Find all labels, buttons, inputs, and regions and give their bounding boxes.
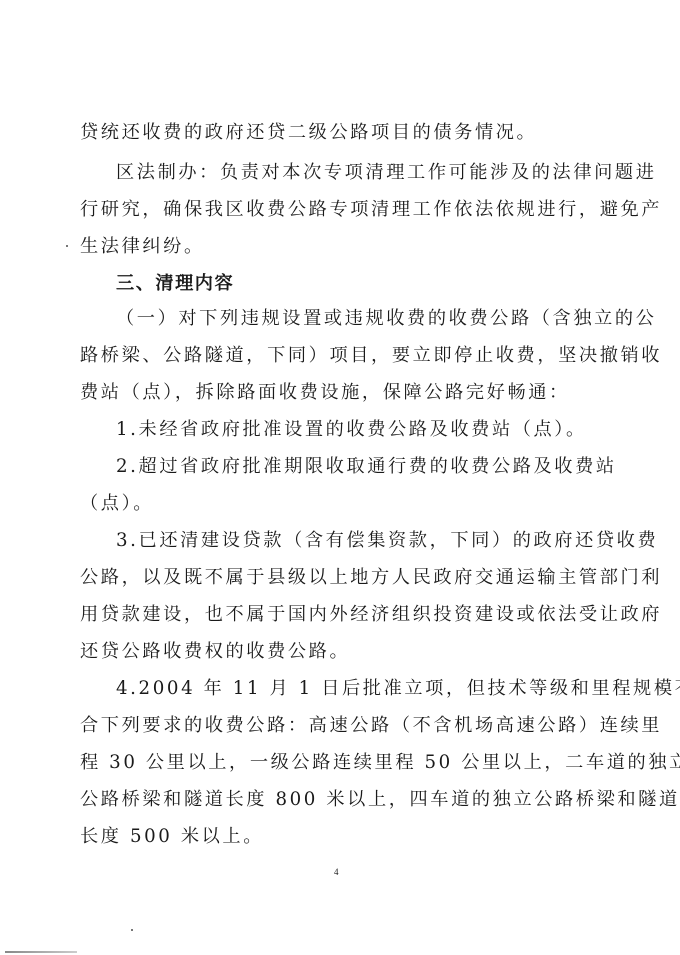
list-item-line: 还贷公路收费权的收费公路。 [80,640,600,664]
list-item-line: 长度 500 米以上。 [80,825,600,849]
paragraph-line: 费站（点），拆除路面收费设施，保障公路完好畅通： [80,381,600,405]
list-item-line: 公路桥梁和隧道长度 800 米以上，四车道的独立公路桥梁和隧道 [80,788,600,812]
document-page: 贷统还收费的政府还贷二级公路项目的债务情况。 区法制办：负责对本次专项清理工作可… [0,0,680,955]
paragraph-line: 生法律纠纷。 [80,235,600,259]
list-item-line: 合下列要求的收费公路：高速公路（不含机场高速公路）连续里 [80,714,600,738]
page-number: 4 [334,867,339,877]
list-item-line: 3.已还清建设贷款（含有偿集资款，下同）的政府还贷收费 [116,529,636,553]
scan-speck [66,245,68,247]
paragraph-line: 贷统还收费的政府还贷二级公路项目的债务情况。 [80,121,600,145]
paragraph-line: 路桥梁、公路隧道，下同）项目，要立即停止收费，坚决撤销收 [80,344,600,368]
paragraph-line: （一）对下列违规设置或违规收费的收费公路（含独立的公 [116,307,636,331]
list-item-line: 2.超过省政府批准期限收取通行费的收费公路及收费站 [116,455,636,479]
paragraph-line: 区法制办：负责对本次专项清理工作可能涉及的法律问题进 [116,161,636,185]
scan-edge-mark [5,951,77,953]
section-heading: 三、清理内容 [116,272,636,296]
list-item-line: 4.2004 年 11 月 1 日后批准立项，但技术等级和里程规模不符 [116,677,636,701]
list-item-line: 公路，以及既不属于县级以上地方人民政府交通运输主管部门利 [80,566,600,590]
list-item-line: 1.未经省政府批准设置的收费公路及收费站（点）。 [116,418,636,442]
list-item-line: （点）。 [80,492,600,516]
scan-speck [131,929,133,931]
list-item-line: 用贷款建设，也不属于国内外经济组织投资建设或依法受让政府 [80,603,600,627]
list-item-line: 程 30 公里以上，一级公路连续里程 50 公里以上，二车道的独立 [80,751,600,775]
paragraph-line: 行研究，确保我区收费公路专项清理工作依法依规进行，避免产 [80,198,600,222]
